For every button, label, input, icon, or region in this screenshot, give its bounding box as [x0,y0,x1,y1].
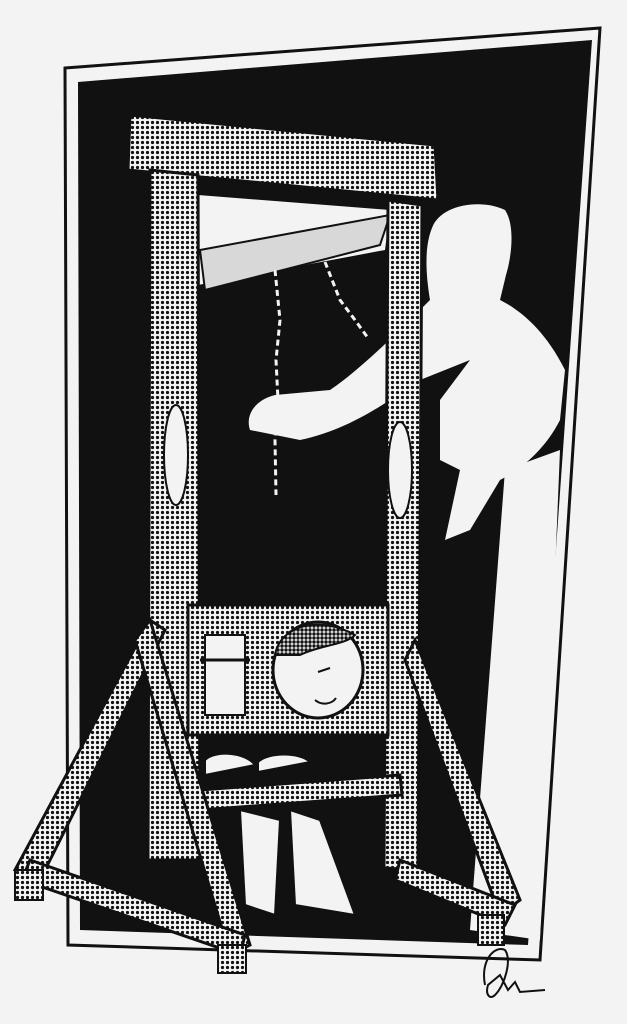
guillotine-illustration [0,0,627,1024]
illustration-canvas: Guillotine illustration [0,0,627,1024]
victim-head [273,622,363,718]
